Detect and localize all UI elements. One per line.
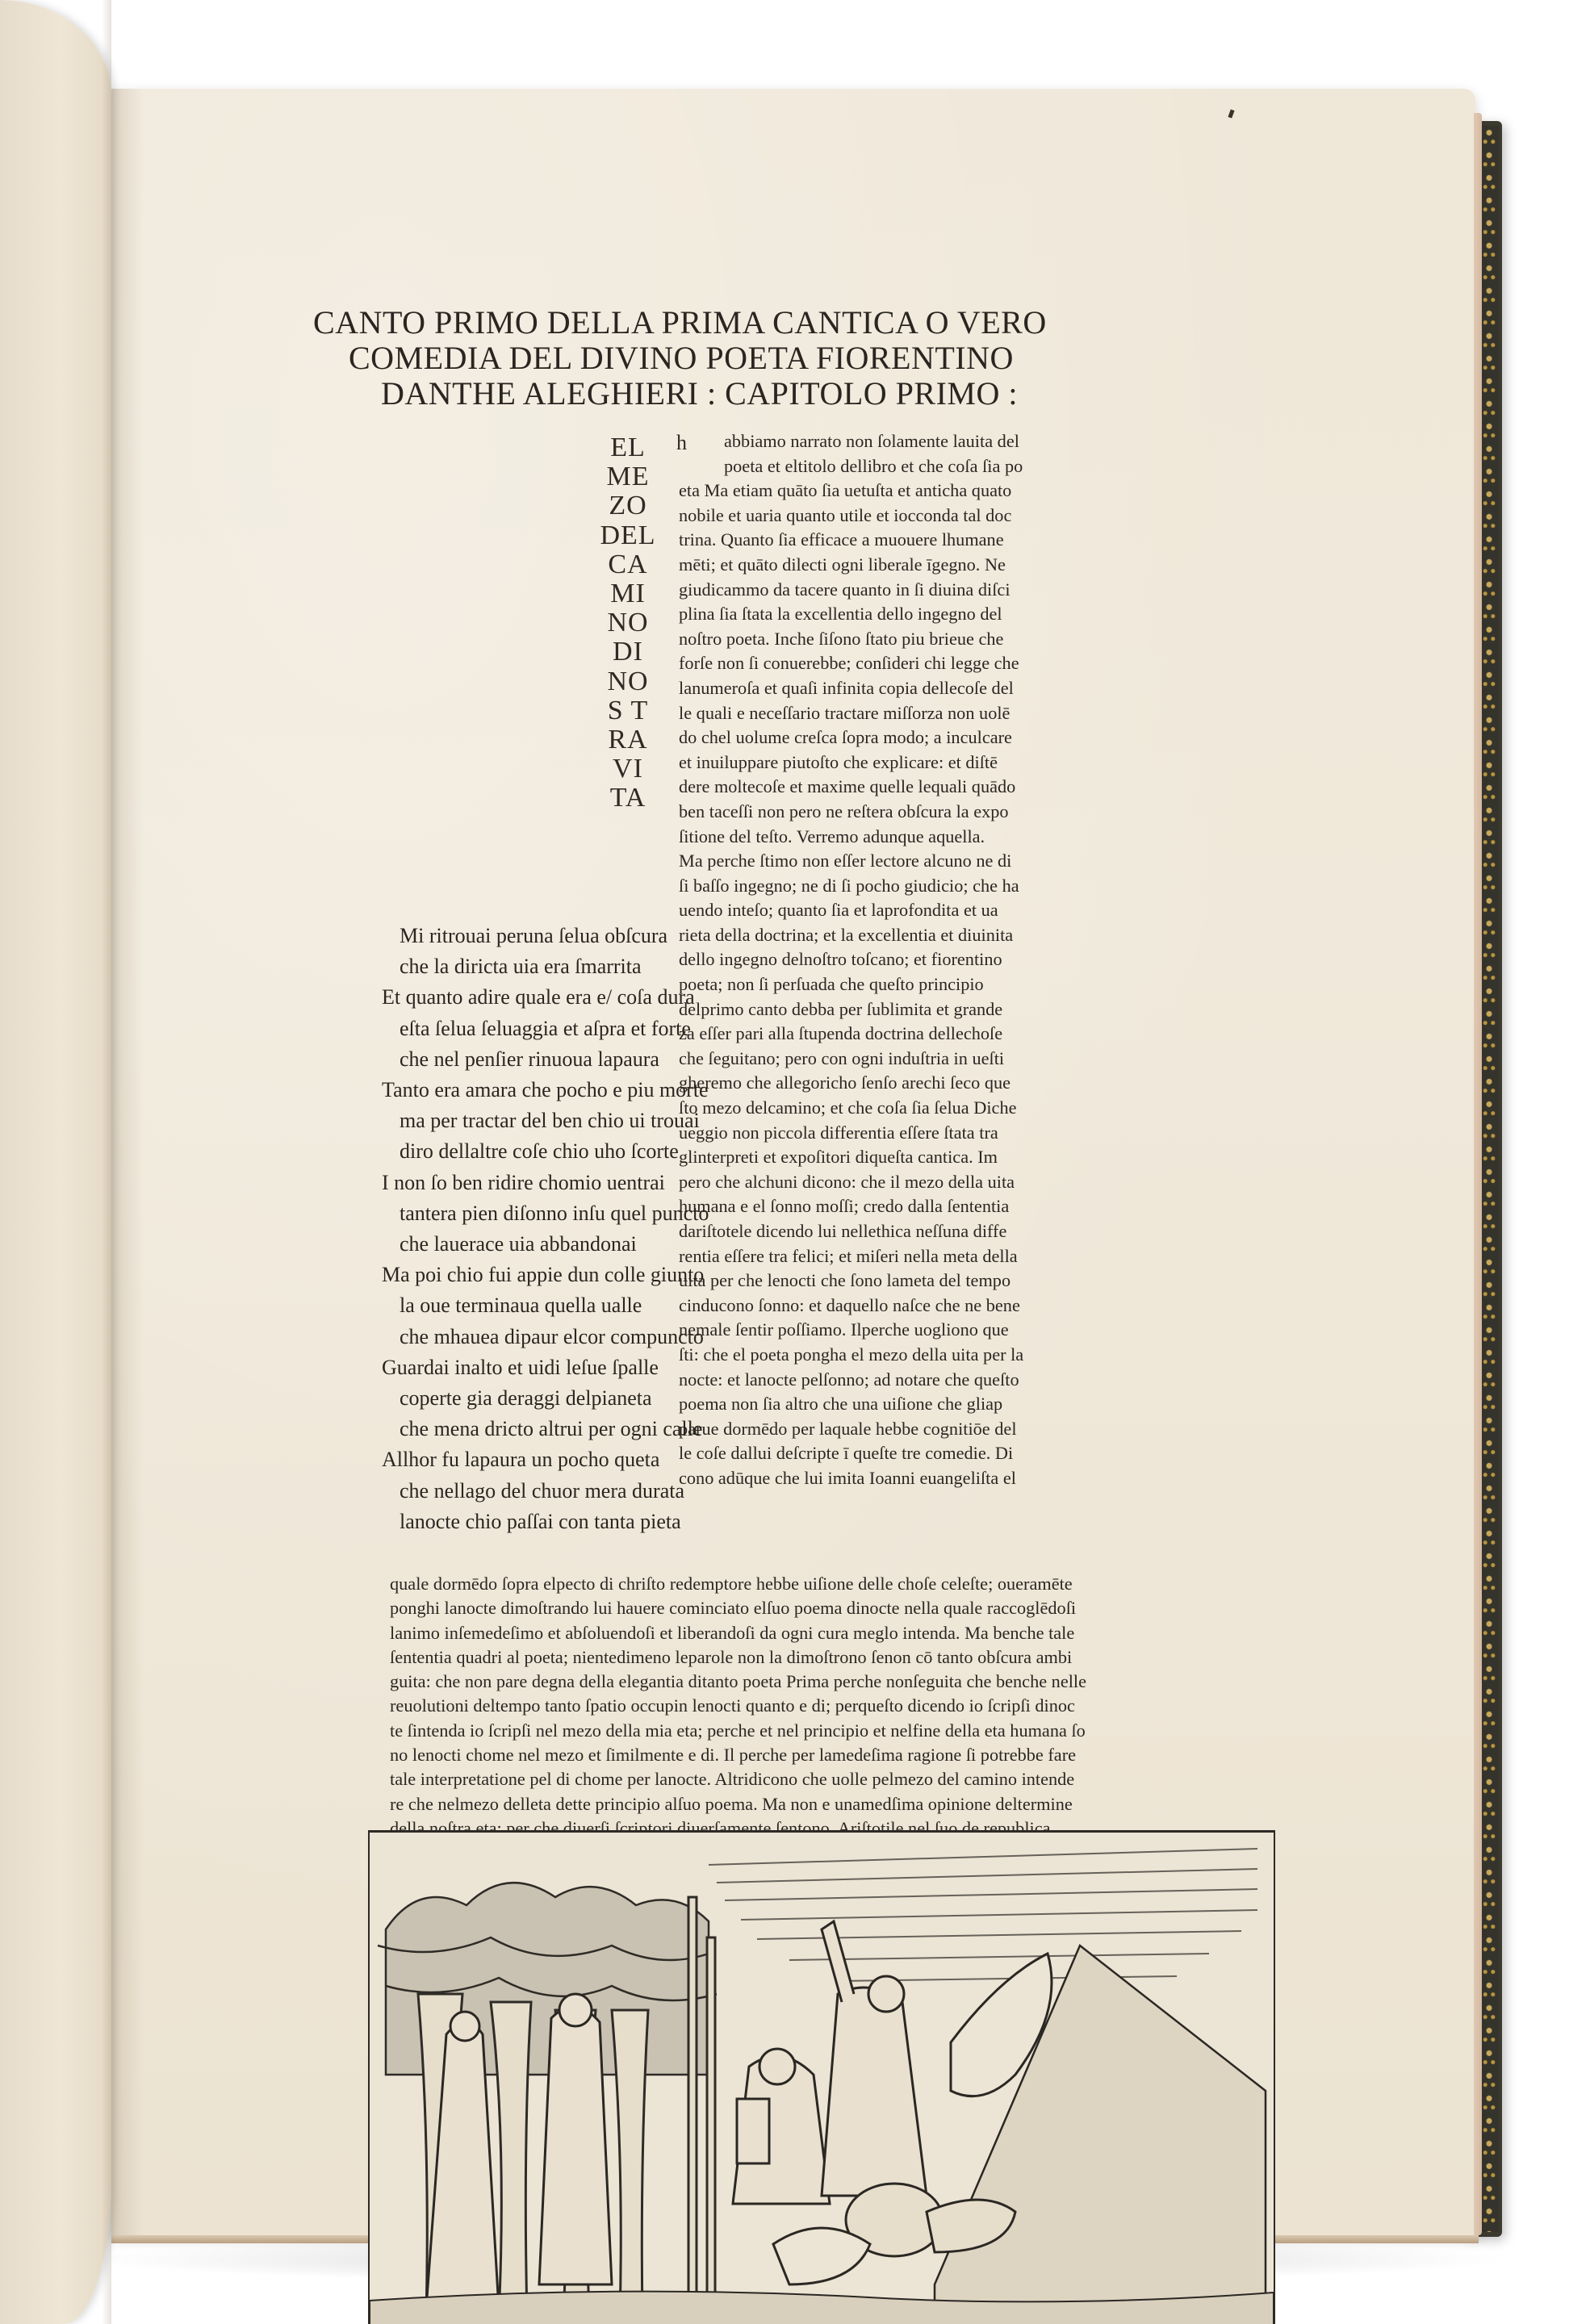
commentary-line: ſi baſſo ingegno; ne di ſi pocho giudici… (679, 874, 1179, 899)
verse-line: la oue terminaua quella ualle (382, 1290, 769, 1321)
commentary-line: trina. Quanto ſia efficace a muouere lhu… (679, 528, 1179, 553)
heading-line: COMEDIA DEL DIVINO POETA FIORENTINO (313, 341, 975, 376)
verse-line: tantera pien diſonno inſu quel puncto (382, 1198, 769, 1229)
gilt-fleur-tooling (1479, 126, 1499, 2232)
woodcut-illustration (368, 1830, 1275, 2324)
verse-line: Tanto era amara che pocho e piu morte (382, 1075, 769, 1106)
verse-line: lanocte chio paſſai con tanta pieta (382, 1507, 769, 1537)
commentary-line: dere moltecoſe et maxime quelle lequali … (679, 775, 1179, 800)
commentary-line: quale dormēdo ſopra elpecto di chriſto r… (390, 1572, 1229, 1596)
right-page: CANTO PRIMO DELLA PRIMA CANTICA O VERO C… (111, 89, 1475, 2235)
opening-words-column: EL ME ZO DEL CA MI NO DI NO S T RA VI TA (596, 433, 660, 813)
full-width-commentary: quale dormēdo ſopra elpecto di chriſto r… (390, 1572, 1229, 1841)
woodcut-drawing (370, 1833, 1274, 2324)
verse-line: diro dellaltre coſe chio uho ſcorte (382, 1136, 769, 1167)
opening-syllable: S T (596, 696, 660, 725)
commentary-line: do chel uolume creſca ſopra modo; a incu… (679, 725, 1179, 750)
commentary-line: te ſintenda io ſcripſi nel mezo della mi… (390, 1719, 1229, 1743)
commentary-line: nobile et uaria quanto utile et iocconda… (679, 504, 1179, 529)
commentary-line: ben taceſſi non pero ne reſtera obſcura … (679, 800, 1179, 825)
canto-heading: CANTO PRIMO DELLA PRIMA CANTICA O VERO C… (313, 305, 975, 412)
commentary-line: guita: che non pare degna della eleganti… (390, 1670, 1229, 1694)
verse-line: Et quanto adire quale era e/ coſa dura (382, 982, 769, 1013)
opening-syllable: CA (596, 550, 660, 579)
ink-speck (1228, 109, 1234, 118)
page-fore-edge (1474, 113, 1482, 2235)
commentary-line: ſententia quadri al poeta; nientedimeno … (390, 1645, 1229, 1670)
commentary-line: poeta et eltitolo dellibro et che coſa ſ… (679, 454, 1179, 479)
verse-line: eſta ſelua ſeluaggia et aſpra et forte (382, 1014, 769, 1044)
commentary-line: noſtro poeta. Inche ſiſono ſtato piu bri… (679, 627, 1179, 652)
verse-line: Allhor fu lapaura un pocho queta (382, 1444, 769, 1475)
verse-line: che nel penſier rinuoua lapaura (382, 1044, 769, 1075)
verse-line: coperte gia deraggi delpianeta (382, 1383, 769, 1414)
verse-line: che mena dricto altrui per ogni calle (382, 1414, 769, 1444)
opening-syllable: NO (596, 667, 660, 696)
heading-line: DANTHE ALEGHIERI : CAPITOLO PRIMO : (313, 376, 975, 412)
commentary-line: re che nelmezo delleta dette principio a… (390, 1792, 1229, 1816)
commentary-line: abbiamo narrato non ſolamente lauita del (679, 429, 1179, 454)
commentary-line: lanumeroſa et quaſi infinita copia delle… (679, 676, 1179, 701)
opening-syllable: EL (596, 433, 660, 462)
opening-syllable: DI (596, 637, 660, 667)
opening-syllable: ZO (596, 491, 660, 520)
verse-line: che mhauea dipaur elcor compuncto (382, 1322, 769, 1352)
verse-line: Ma poi chio fui appie dun colle giunto (382, 1260, 769, 1290)
heading-line: CANTO PRIMO DELLA PRIMA CANTICA O VERO (313, 305, 975, 341)
commentary-line: le quali e neceſſario tractare miſſorza … (679, 701, 1179, 726)
commentary-line: no lenocti chome nel mezo et ſimilmente … (390, 1743, 1229, 1767)
verse-line: che lauerace uia abbandonai (382, 1229, 769, 1260)
commentary-line: mēti; et quāto dilecti ogni liberale īge… (679, 553, 1179, 578)
verse-line: che nellago del chuor mera durata (382, 1476, 769, 1507)
opening-syllable: VI (596, 754, 660, 784)
verse-line: Guardai inalto et uidi leſue ſpalle (382, 1352, 769, 1383)
left-page-curl (0, 0, 111, 2324)
commentary-line: uendo inteſo; quanto ſia et laprofondita… (679, 898, 1179, 923)
opening-syllable: TA (596, 784, 660, 813)
commentary-line: ponghi lanocte dimoſtrando lui hauere co… (390, 1596, 1229, 1620)
verse-line: I non ſo ben ridire chomio uentrai (382, 1168, 769, 1198)
commentary-line: ſitione del teſto. Verremo adunque aquel… (679, 825, 1179, 850)
commentary-line: reuolutioni deltempo tanto ſpatio occupi… (390, 1694, 1229, 1718)
commentary-line: forſe non ſi conuerebbe; conſideri chi l… (679, 651, 1179, 676)
verse-column: Mi ritrouai peruna ſelua obſcura che la … (382, 921, 769, 1537)
opening-syllable: DEL (596, 521, 660, 550)
commentary-line: giudicammo da tacere quanto in ſi diuina… (679, 578, 1179, 603)
gutter-shadow (111, 89, 144, 2235)
commentary-line: plina ſia ſtata la excellentia dello ing… (679, 602, 1179, 627)
commentary-line: lanimo inſemedeſimo et abſoluendoſi et l… (390, 1621, 1229, 1645)
commentary-line: eta Ma etiam quāto ſia uetuſta et antich… (679, 479, 1179, 504)
opening-syllable: NO (596, 608, 660, 637)
commentary-line: Ma perche ſtimo non eſſer lectore alcuno… (679, 849, 1179, 874)
opening-syllable: RA (596, 725, 660, 754)
verse-line: ma per tractar del ben chio ui trouai (382, 1106, 769, 1136)
commentary-line: tale interpretatione pel di chome per la… (390, 1767, 1229, 1791)
verse-line: Mi ritrouai peruna ſelua obſcura (382, 921, 769, 951)
opening-syllable: MI (596, 579, 660, 608)
opening-syllable: ME (596, 462, 660, 491)
verse-line: che la diricta uia era ſmarrita (382, 951, 769, 982)
commentary-line: et inuiluppare piutoſto che explicare: e… (679, 750, 1179, 775)
